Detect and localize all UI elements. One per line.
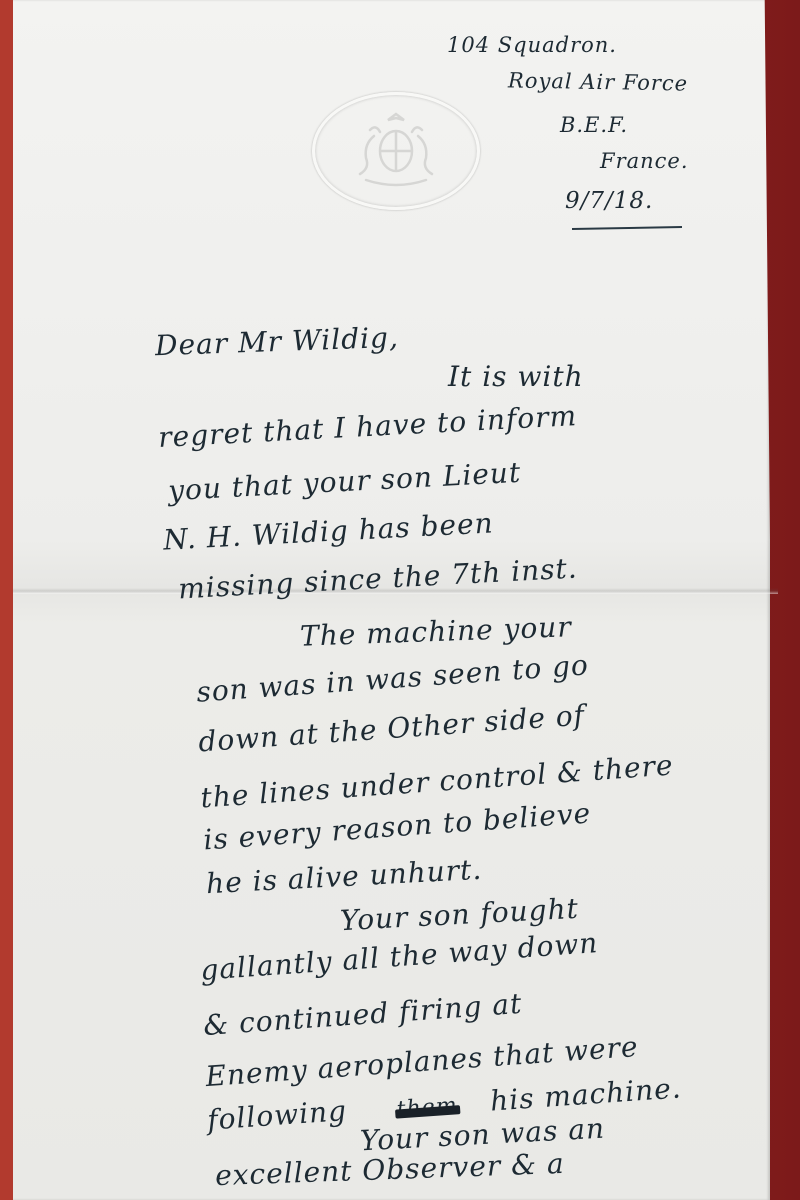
address-squadron: 104 Squadron. xyxy=(447,33,617,57)
address-bef: B.E.F. xyxy=(560,113,628,137)
address-country: France. xyxy=(600,149,689,173)
letter-line-1: It is with xyxy=(448,360,584,393)
address-raf: Royal Air Force xyxy=(508,68,689,95)
embossed-royal-crest-icon xyxy=(312,92,480,210)
coat-of-arms-icon xyxy=(336,106,456,196)
letter-date: 9/7/18. xyxy=(565,188,653,214)
struck-out-word: them xyxy=(396,1093,458,1122)
